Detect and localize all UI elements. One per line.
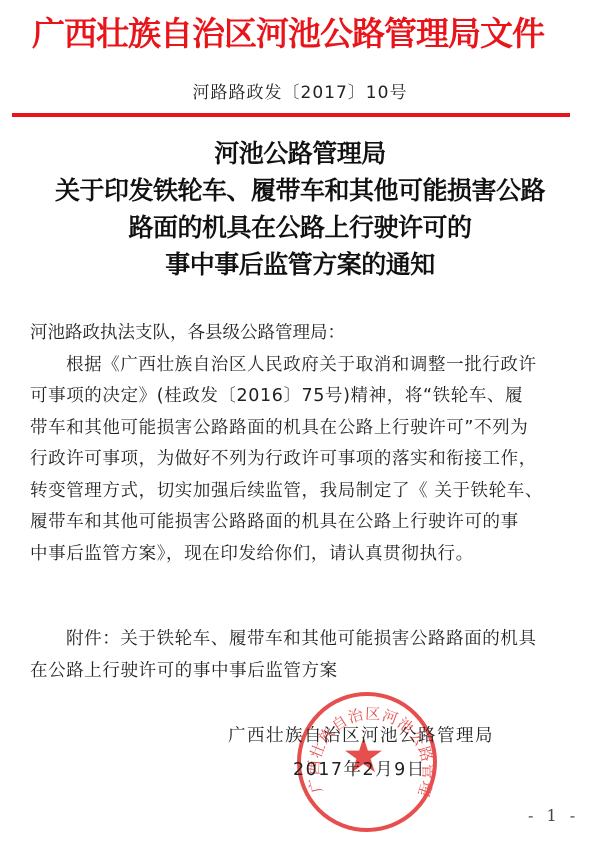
title-line: 关于印发铁轮车、履带车和其他可能损害公路 — [0, 172, 600, 209]
attachment-line: 附件：关于铁轮车、履带车和其他可能损害公路路面的机具 — [30, 624, 578, 656]
paragraph-line: 可事项的决定》(桂政发〔2016〕75号)精神，将“铁轮车、履 — [30, 381, 578, 413]
red-divider — [12, 113, 570, 117]
paragraph-line: 转变管理方式，切实加强后续监管，我局制定了《 关于铁轮车、 — [30, 476, 578, 508]
signing-organization: 广西壮族自治区河池公路管理局 — [228, 722, 494, 747]
attachment-note: 附件：关于铁轮车、履带车和其他可能损害公路路面的机具 在公路上行驶许可的事中事后… — [30, 624, 578, 687]
document-page: 广西壮族自治区河池公路管理局文件 河路路政发〔2017〕10号 河池公路管理局 … — [0, 0, 600, 850]
paragraph-line: 中事后监管方案》，现在印发给你们，请认真贯彻执行。 — [30, 539, 578, 571]
paragraph-line: 带车和其他可能损害公路路面的机具在公路上行驶许可”不列为 — [30, 413, 578, 445]
document-number: 河路路政发〔2017〕10号 — [0, 78, 600, 103]
salutation: 河池路政执法支队，各县级公路管理局： — [30, 318, 578, 350]
issuer-title: 广西壮族自治区河池公路管理局文件 — [32, 10, 552, 58]
attachment-line: 在公路上行驶许可的事中事后监管方案 — [30, 656, 578, 688]
document-body: 河池路政执法支队，各县级公路管理局： 根据《广西壮族自治区人民政府关于取消和调整… — [30, 318, 578, 570]
title-line: 路面的机具在公路上行驶许可的 — [0, 209, 600, 246]
paragraph-line: 履带车和其他可能损害公路路面的机具在公路上行驶许可的事 — [30, 507, 578, 539]
signing-date: 2017年2月9日 — [293, 756, 426, 781]
title-line: 事中事后监管方案的通知 — [0, 246, 600, 283]
page-number: - 1 - — [528, 806, 579, 825]
paragraph-line: 行政许可事项，为做好不列为行政许可事项的落实和衔接工作， — [30, 444, 578, 476]
paragraph-line: 根据《广西壮族自治区人民政府关于取消和调整一批行政许 — [30, 350, 578, 382]
document-title: 河池公路管理局 关于印发铁轮车、履带车和其他可能损害公路 路面的机具在公路上行驶… — [0, 135, 600, 283]
title-line: 河池公路管理局 — [0, 135, 600, 172]
